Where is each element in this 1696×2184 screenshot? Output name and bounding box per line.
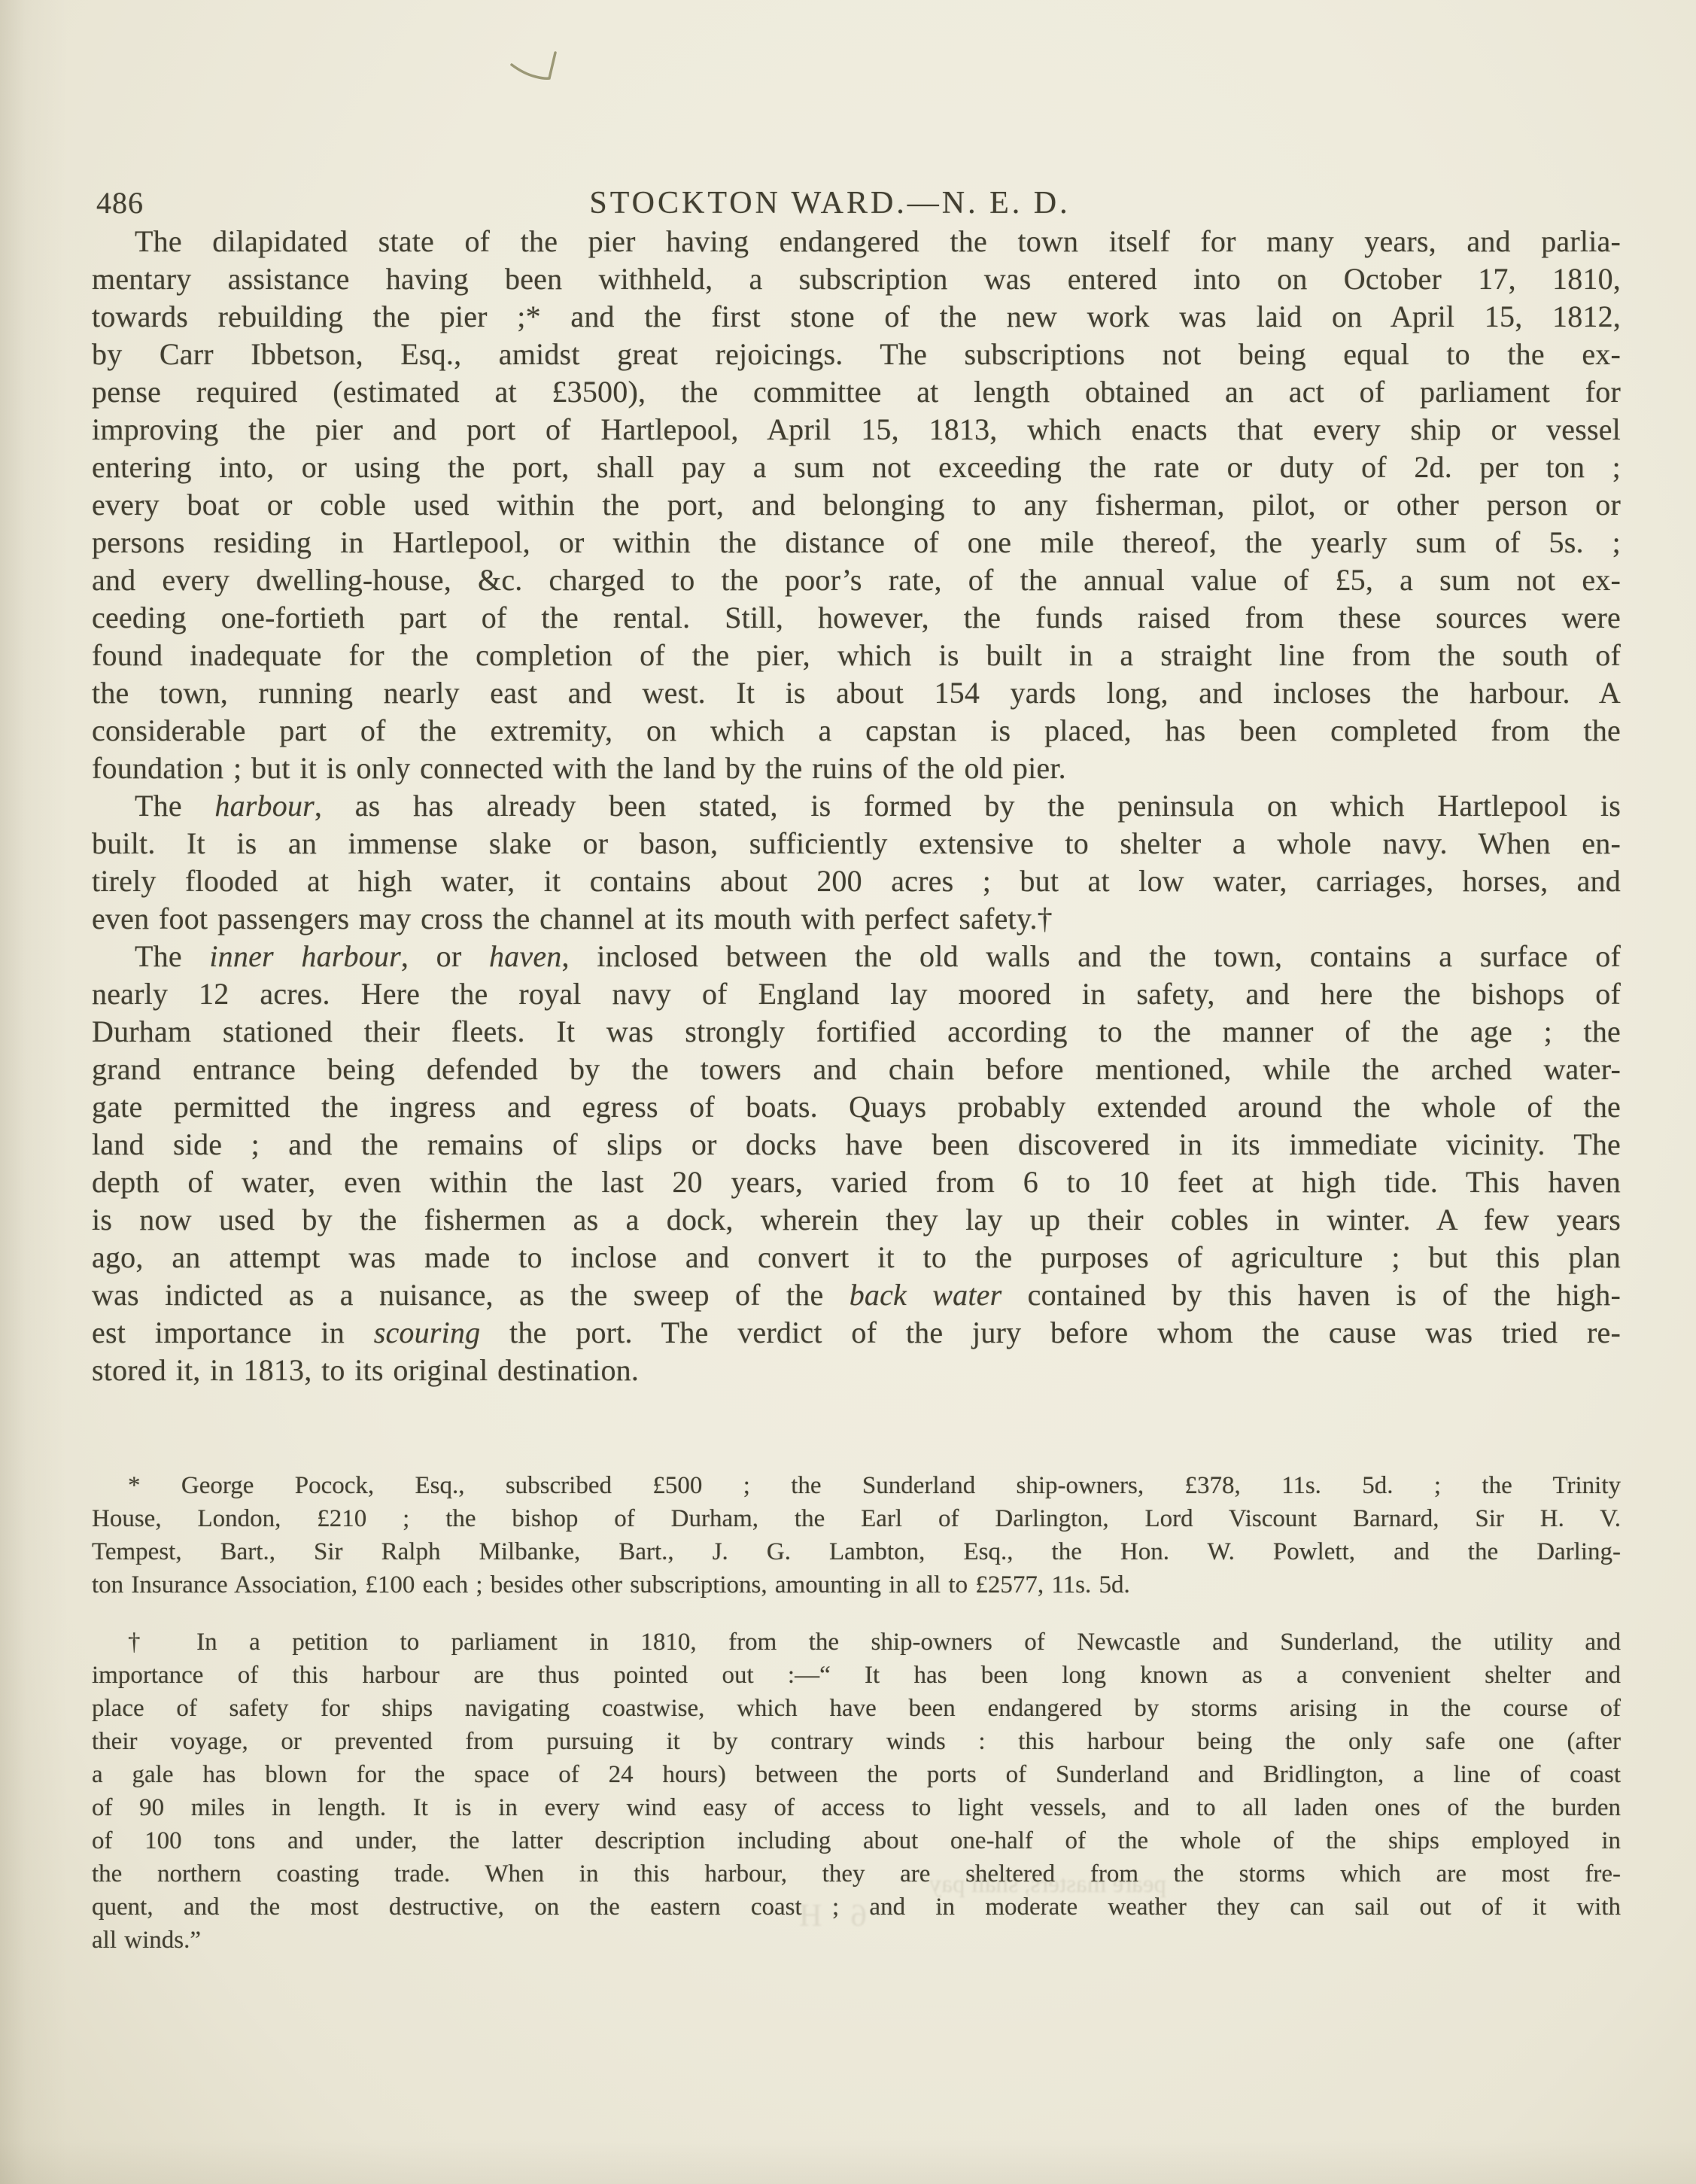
text-line: stored it, in 1813, to its original dest… — [92, 1352, 1621, 1389]
text-line: Durham stationed their fleets. It was st… — [92, 1013, 1621, 1051]
text-line: depth of water, even within the last 20 … — [92, 1163, 1621, 1201]
text-line: ton Insurance Association, £100 each ; b… — [92, 1568, 1621, 1601]
paragraph-pier: The dilapidated state of the pier having… — [92, 223, 1621, 787]
text-line: was indicted as a nuisance, as the sweep… — [92, 1276, 1621, 1314]
text-line: place of safety for ships navigating coa… — [92, 1692, 1621, 1725]
text-line: a gale has blown for the space of 24 hou… — [92, 1758, 1621, 1791]
text-line: found inadequate for the completion of t… — [92, 637, 1621, 674]
paragraph-inner-harbour: The inner harbour, or haven, inclosed be… — [92, 938, 1621, 1389]
text-line: even foot passengers may cross the chann… — [92, 900, 1621, 938]
text-line: foundation ; but it is only connected wi… — [92, 750, 1621, 787]
pen-mark — [503, 39, 578, 99]
text-line: their voyage, or prevented from pursuing… — [92, 1725, 1621, 1758]
text-line: land side ; and the remains of slips or … — [92, 1126, 1621, 1163]
book-page: 486 STOCKTON WARD.—N. E. D. The dilapida… — [0, 0, 1696, 2184]
text-line: nearly 12 acres. Here the royal navy of … — [92, 975, 1621, 1013]
text-line: persons residing in Hartlepool, or withi… — [92, 524, 1621, 561]
text-line: towards rebuilding the pier ;* and the f… — [92, 298, 1621, 336]
text-line: The dilapidated state of the pier having… — [92, 223, 1621, 260]
main-text: The dilapidated state of the pier having… — [92, 223, 1621, 1389]
text-line: tirely flooded at high water, it contain… — [92, 862, 1621, 900]
text-line: of 100 tons and under, the latter descri… — [92, 1824, 1621, 1857]
showthrough-signature-mark: 6 H — [789, 1898, 867, 1934]
text-line: is now used by the fishermen as a dock, … — [92, 1201, 1621, 1239]
text-line: by Carr Ibbetson, Esq., amidst great rej… — [92, 336, 1621, 373]
paragraph-harbour: The harbour, as has already been stated,… — [92, 787, 1621, 938]
page-header: 486 STOCKTON WARD.—N. E. D. — [92, 185, 1621, 223]
text-line: and every dwelling-house, &c. charged to… — [92, 561, 1621, 599]
text-line: gate permitted the ingress and egress of… — [92, 1088, 1621, 1126]
text-line: pense required (estimated at £3500), the… — [92, 373, 1621, 411]
header-title: STOCKTON WARD.—N. E. D. — [92, 185, 1568, 221]
text-line: every boat or coble used within the port… — [92, 486, 1621, 524]
text-line: entering into, or using the port, shall … — [92, 449, 1621, 486]
text-line: The inner harbour, or haven, inclosed be… — [92, 938, 1621, 975]
text-line: considerable part of the extremity, on w… — [92, 712, 1621, 750]
text-line: est importance in scouring the port. The… — [92, 1314, 1621, 1352]
text-line: the town, running nearly east and west. … — [92, 674, 1621, 712]
text-line: ago, an attempt was made to inclose and … — [92, 1239, 1621, 1276]
text-line: of 90 miles in length. It is in every wi… — [92, 1791, 1621, 1824]
showthrough-text: peare masters, shall pay — [700, 1871, 1166, 1899]
text-line: The harbour, as has already been stated,… — [92, 787, 1621, 825]
text-line: grand entrance being defended by the tow… — [92, 1051, 1621, 1088]
text-line: improving the pier and port of Hartlepoo… — [92, 411, 1621, 449]
footnote-asterisk: * George Pocock, Esq., subscribed £500 ;… — [92, 1469, 1621, 1601]
text-line: Tempest, Bart., Sir Ralph Milbanke, Bart… — [92, 1535, 1621, 1568]
text-line: built. It is an immense slake or bason, … — [92, 825, 1621, 862]
text-line: ceeding one-fortieth part of the rental.… — [92, 599, 1621, 637]
text-line: House, London, £210 ; the bishop of Durh… — [92, 1502, 1621, 1535]
text-line: * George Pocock, Esq., subscribed £500 ;… — [92, 1469, 1621, 1502]
text-line: importance of this harbour are thus poin… — [92, 1659, 1621, 1692]
text-line: † In a petition to parliament in 1810, f… — [92, 1626, 1621, 1659]
text-line: mentary assistance having been withheld,… — [92, 260, 1621, 298]
